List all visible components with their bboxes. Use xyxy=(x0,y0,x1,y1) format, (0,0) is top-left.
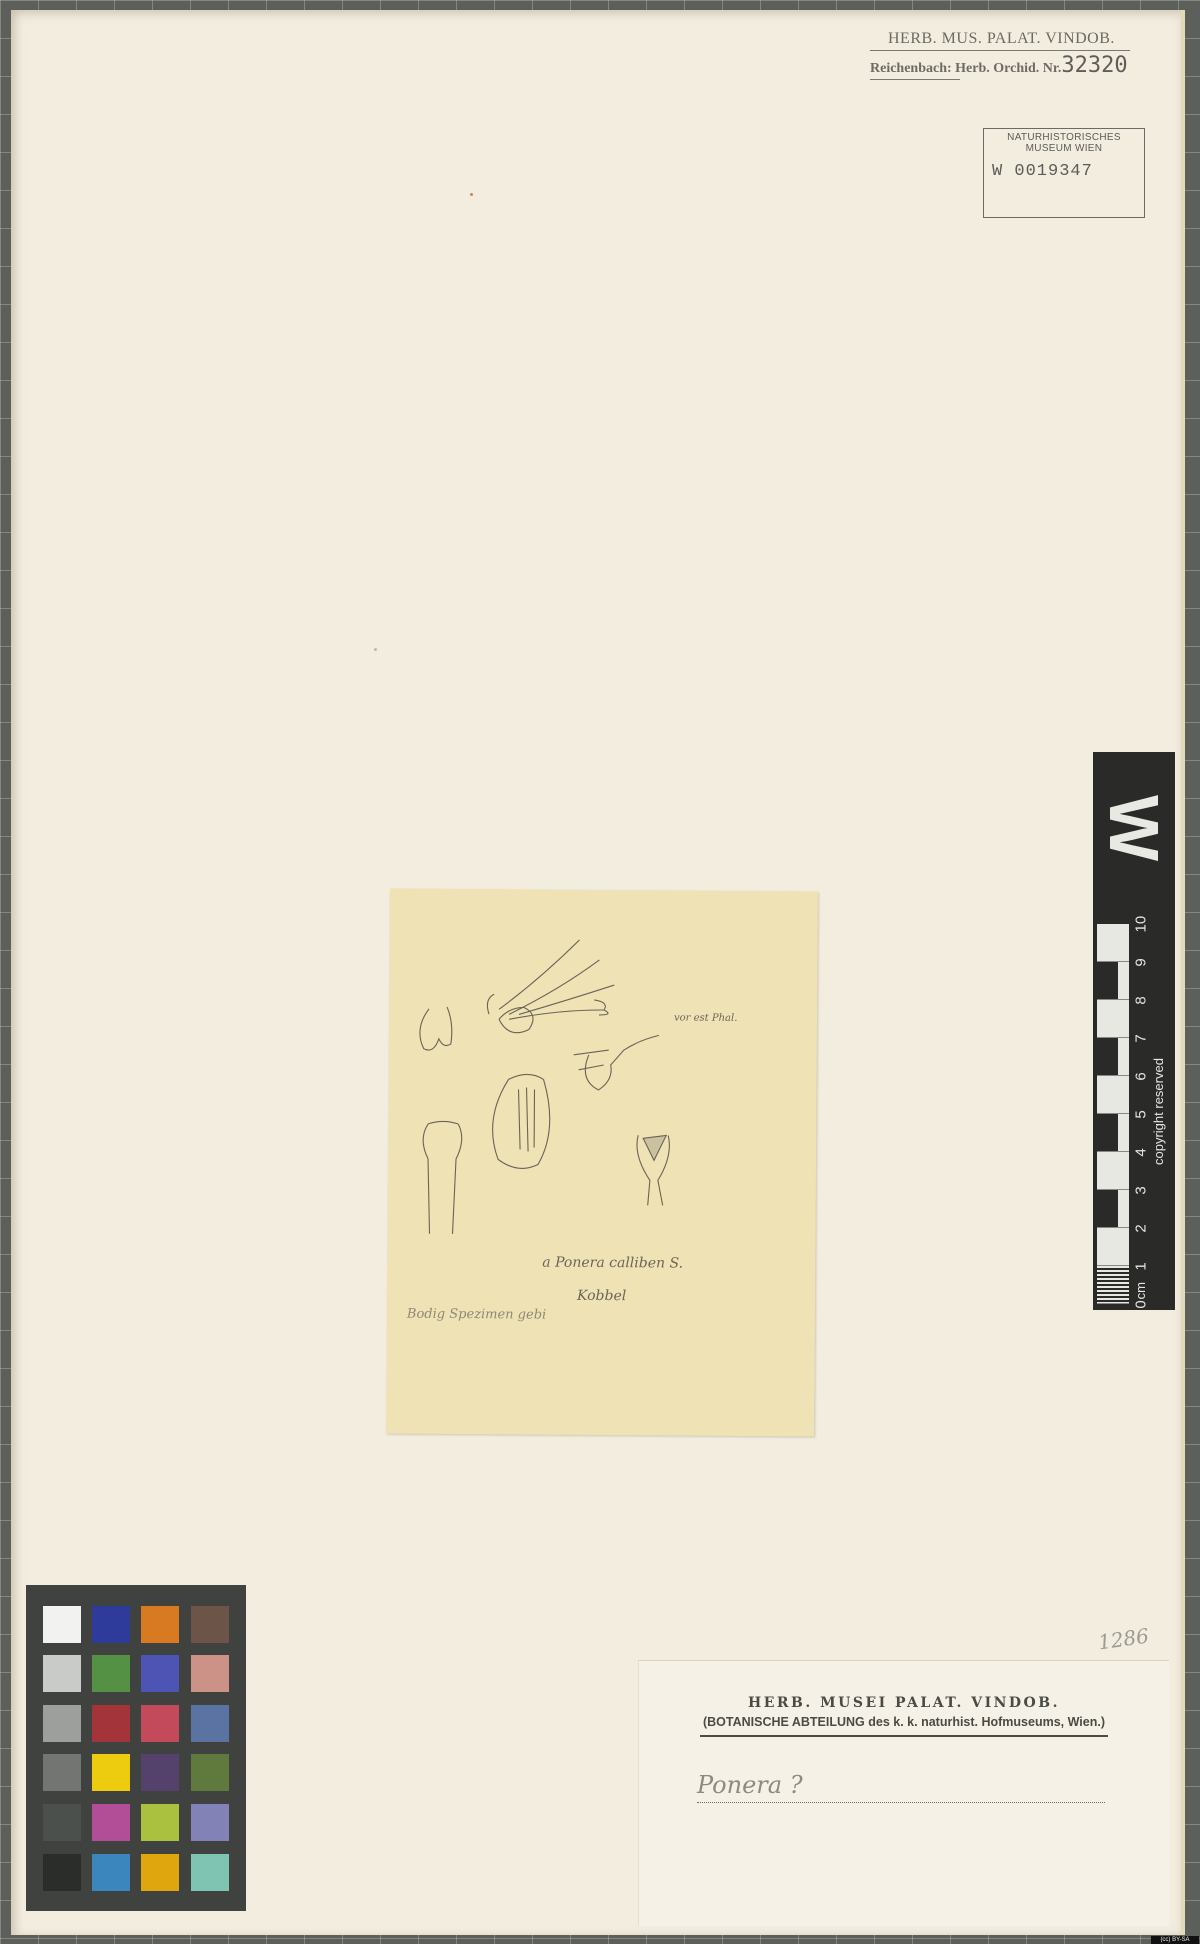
orchid-drawing-icon xyxy=(386,889,818,1437)
color-swatch xyxy=(191,1655,229,1692)
header-stamp-underline xyxy=(870,79,960,80)
label-dotted-line xyxy=(697,1802,1105,1803)
color-swatch xyxy=(43,1606,81,1643)
color-swatch xyxy=(141,1606,179,1643)
header-stamp-collection: Reichenbach: Herb. Orchid. Nr.32320 xyxy=(870,53,1180,78)
w-logo-icon: W xyxy=(1094,787,1174,869)
museum-barcode-stamp: NATURHISTORISCHES MUSEUM WIEN W 0019347 xyxy=(983,128,1145,218)
color-swatch xyxy=(141,1754,179,1791)
sketch-signature: Kobbel xyxy=(577,1288,626,1304)
header-stamp: HERB. MUS. PALAT. VINDOB. Reichenbach: H… xyxy=(870,30,1180,80)
color-calibration-card xyxy=(26,1585,246,1911)
sketch-note-top: vor est Phal. xyxy=(674,1012,737,1023)
scale-ruler xyxy=(1097,924,1129,1304)
color-swatch xyxy=(141,1854,179,1891)
color-swatch xyxy=(92,1854,130,1891)
label-rule xyxy=(700,1735,1108,1737)
header-stamp-rule xyxy=(870,50,1130,51)
copyright-text: copyright reserved xyxy=(1151,1012,1173,1212)
color-swatch xyxy=(191,1606,229,1643)
color-swatch xyxy=(92,1705,130,1742)
paper-speck xyxy=(374,648,377,651)
herbarium-label: HERB. MUSEI PALAT. VINDOB. (BOTANISCHE A… xyxy=(638,1660,1169,1926)
color-swatch xyxy=(92,1804,130,1841)
color-swatch xyxy=(191,1804,229,1841)
color-swatch xyxy=(191,1705,229,1742)
header-stamp-prefix: Reichenbach: Herb. Orchid. Nr. xyxy=(870,61,1061,76)
color-swatch xyxy=(43,1854,81,1891)
museum-name: NATURHISTORISCHES MUSEUM WIEN xyxy=(984,132,1144,154)
license-badge: (cc) BY-SA xyxy=(1151,1936,1199,1944)
orchid-sketch-sheet: vor est Phal. a Ponera calliben S. Kobbe… xyxy=(386,889,818,1437)
color-swatch xyxy=(92,1754,130,1791)
label-title: HERB. MUSEI PALAT. VINDOB. xyxy=(639,1695,1169,1711)
color-swatch xyxy=(92,1655,130,1692)
scale-ticks: 10 9 8 7 6 5 4 3 2 1 0 xyxy=(1133,924,1149,1304)
color-swatch xyxy=(43,1655,81,1692)
barcode-id: W 0019347 xyxy=(992,162,1144,181)
color-swatch xyxy=(141,1705,179,1742)
header-stamp-number: 32320 xyxy=(1061,53,1127,78)
color-swatch xyxy=(43,1754,81,1791)
color-swatch xyxy=(191,1854,229,1891)
color-swatch xyxy=(43,1804,81,1841)
color-swatch xyxy=(141,1655,179,1692)
color-swatch xyxy=(191,1754,229,1791)
paper-speck xyxy=(470,193,473,196)
sketch-note-main: a Ponera calliben S. xyxy=(542,1255,683,1272)
scale-bar: W 10 9 8 7 6 5 4 3 2 1 0 copyright reser… xyxy=(1093,752,1175,1310)
color-swatch xyxy=(141,1804,179,1841)
header-stamp-title: HERB. MUS. PALAT. VINDOB. xyxy=(870,30,1180,48)
label-taxon: Ponera ? xyxy=(697,1771,803,1799)
label-subtitle: (BOTANISCHE ABTEILUNG des k. k. naturhis… xyxy=(639,1715,1169,1729)
sketch-note-bottom: Bodig Spezimen gebi xyxy=(407,1307,546,1323)
color-swatch xyxy=(43,1705,81,1742)
color-swatch xyxy=(92,1606,130,1643)
scale-unit: cm xyxy=(1133,1282,1148,1299)
